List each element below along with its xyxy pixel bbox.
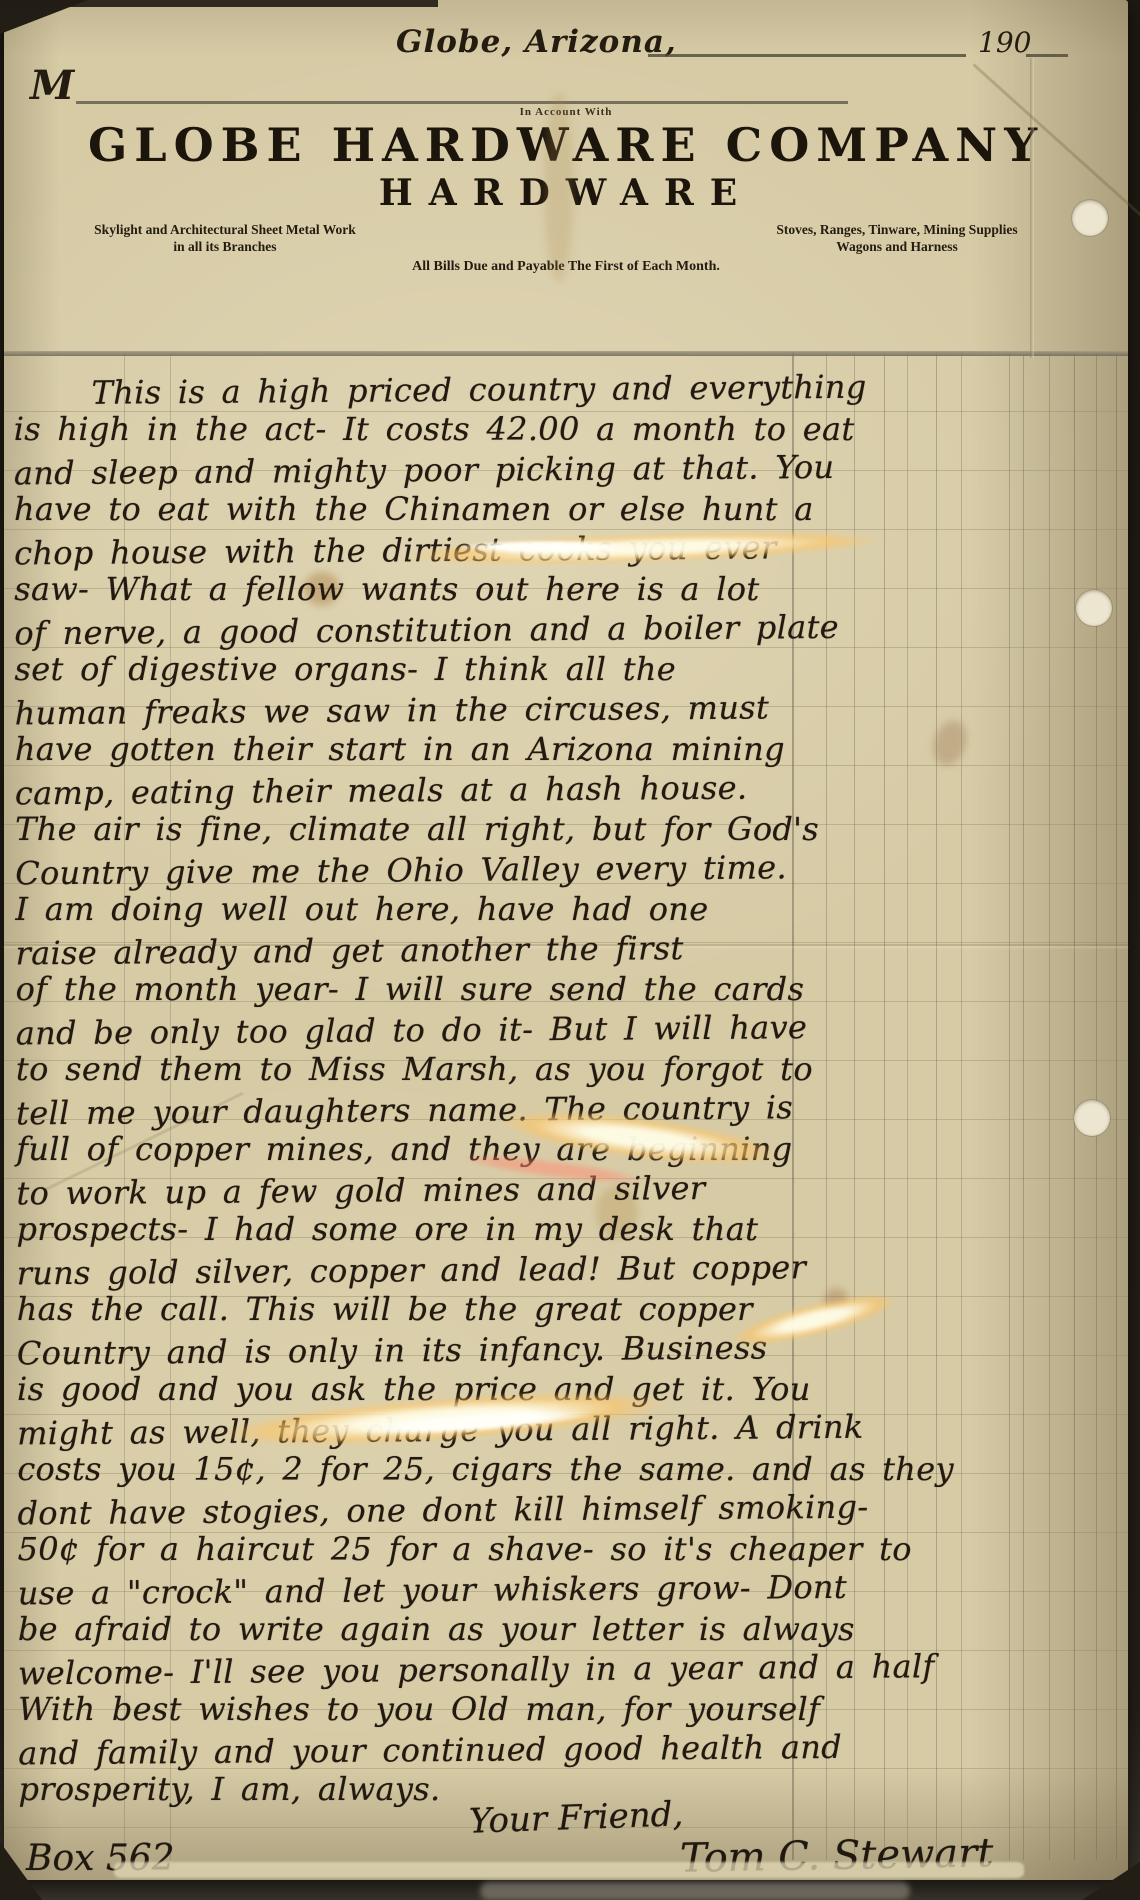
services-left-line2: in all its Branches [18,238,432,255]
letter-line-35: and family and your continued good healt… [18,1725,1130,1774]
dateline-blank-rule [648,54,966,57]
photo-edge-top [0,0,438,7]
letter-line-3: and sleep and mighty poor picking at tha… [14,445,1126,494]
letter-line-12: The air is fine, climate all right, but … [15,809,1127,849]
letter-line-32: be afraid to write again as your letter … [18,1609,1130,1649]
letter-line-1: This is a high priced country and everyt… [13,365,1125,414]
paper-bottom-edge [114,1862,1024,1878]
letter-line-26: is good and you ask the price and get it… [17,1369,1129,1409]
letter-body: This is a high priced country and everyt… [13,367,1130,1811]
letter-photo: Globe, Arizona, 190 M In Account With GL… [0,0,1140,1900]
letter-line-21: to work up a few gold mines and silver [16,1165,1128,1214]
letter-line-10: have gotten their start in an Arizona mi… [15,729,1127,769]
account-holder-prefix: M [30,62,74,109]
letter-line-24: has the call. This will be the great cop… [17,1289,1129,1329]
backdrop-highlight [480,1882,910,1900]
dateline-place: Globe, Arizona, [396,24,677,60]
account-holder-rule [76,101,848,104]
punch-hole-top [1072,200,1108,236]
letter-line-16: of the month year- I will sure send the … [16,969,1128,1009]
letter-line-27: might as well, they charge you all right… [17,1405,1129,1454]
letter-line-22: prospects- I had some ore in my desk tha… [16,1209,1128,1249]
services-right: Stoves, Ranges, Tinware, Mining Supplies… [696,221,1098,255]
letter-line-18: to send them to Miss Marsh, as you forgo… [16,1049,1128,1089]
header-rule [4,351,1128,356]
dateline-year: 190 [978,26,1031,59]
services-right-line2: Wagons and Harness [696,238,1098,255]
letter-line-20: full of copper mines, and they are begin… [16,1129,1128,1169]
letter-line-13: Country give me the Ohio Valley every ti… [15,845,1127,894]
letter-line-9: human freaks we saw in the circuses, mus… [15,685,1127,734]
letter-line-8: set of digestive organs- I think all the [15,649,1127,689]
letter-line-25: Country and is only in its infancy. Busi… [17,1325,1129,1374]
letter-line-34: With best wishes to you Old man, for you… [18,1689,1130,1729]
letter-line-31: use a "crock" and let your whiskers grow… [18,1565,1130,1614]
dateline-year-rule [1026,54,1068,57]
services-right-line1: Stoves, Ranges, Tinware, Mining Supplies [696,221,1098,238]
letter-line-5: chop house with the dirtiest cooks you e… [14,525,1126,574]
letter-line-11: camp, eating their meals at a hash house… [15,765,1127,814]
letter-line-14: I am doing well out here, have had one [15,889,1127,929]
letter-line-29: dont have stogies, one dont kill himself… [17,1485,1129,1534]
letter-line-23: runs gold silver, copper and lead! But c… [16,1245,1128,1294]
letter-line-15: raise already and get another the first [15,925,1127,974]
letter-line-6: saw- What a fellow wants out here is a l… [14,569,1126,609]
letter-line-7: of nerve, a good constitution and a boil… [14,605,1126,654]
services-left-line1: Skylight and Architectural Sheet Metal W… [18,221,432,238]
letter-line-4: have to eat with the Chinamen or else hu… [14,489,1126,529]
letter-line-2: is high in the act- It costs 42.00 a mon… [14,409,1126,449]
paper-stain [544,92,574,282]
services-left: Skylight and Architectural Sheet Metal W… [18,221,432,255]
letter-line-33: welcome- I'll see you personally in a ye… [18,1645,1130,1694]
letter-line-30: 50¢ for a haircut 25 for a shave- so it'… [18,1529,1130,1569]
letter-line-19: tell me your daughters name. The country… [16,1085,1128,1134]
letter-closing: Your Friend, [468,1794,683,1841]
letter-paper: Globe, Arizona, 190 M In Account With GL… [4,0,1128,1880]
letter-line-17: and be only too glad to do it- But I wil… [16,1005,1128,1054]
letter-line-28: costs you 15¢, 2 for 25, cigars the same… [17,1449,1129,1489]
